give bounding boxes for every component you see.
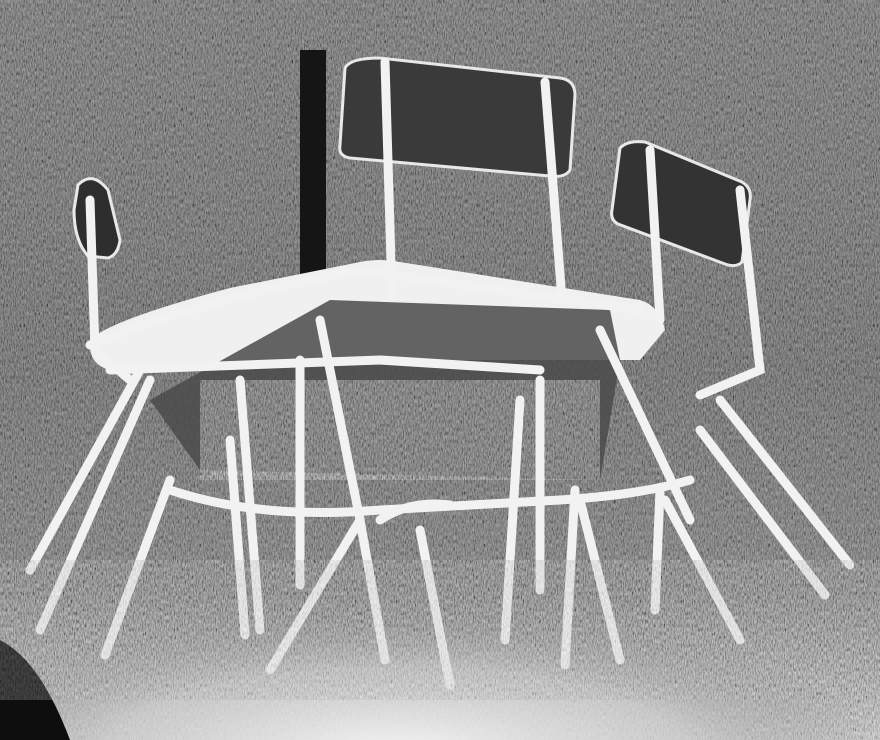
chairs-in-grass-photo — [0, 0, 880, 740]
wooden-post — [300, 50, 326, 290]
